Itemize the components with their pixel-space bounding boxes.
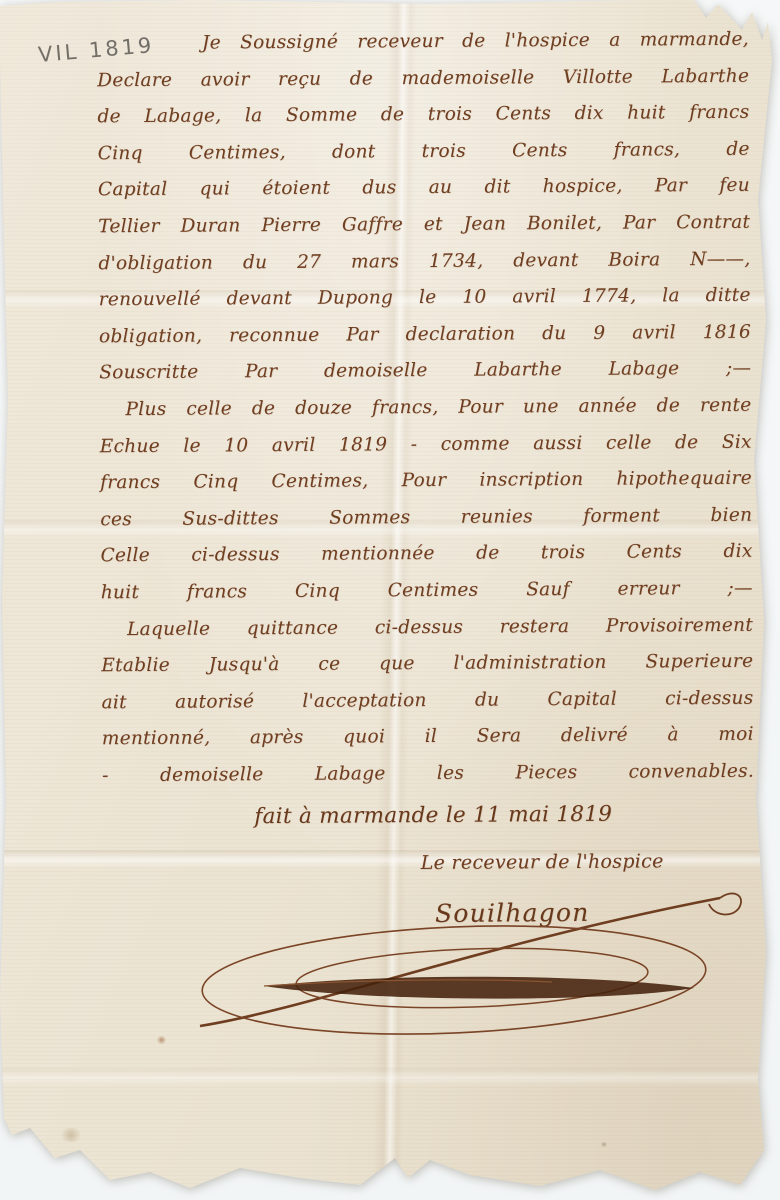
manuscript-line: de Labage, la Somme de trois Cents dix h… [97,95,749,136]
horizontal-fold-crease-4 [0,1068,780,1086]
manuscript-line: mentionné, après quoi il Sera delivré à … [102,717,754,758]
manuscript-line: ces Sus-dittes Sommes reunies forment bi… [100,497,752,538]
manuscript-line: obligation, reconnue Par declaration du … [99,314,751,355]
ink-stain [156,1036,167,1044]
manuscript-line: Celle ci-dessus mentionnée de trois Cent… [100,534,752,575]
manuscript-line: Cinq Centimes, dont trois Cents francs, … [98,132,750,173]
manuscript-line: - demoiselle Labage les Pieces convenabl… [102,754,754,795]
manuscript-line: ait autorisé l'acceptation du Capital ci… [101,680,753,721]
paper-sheet: VIL 1819 Je Soussigné receveur de l'hosp… [0,0,780,1200]
edge-smudge [58,1128,84,1142]
signoff-title: Le receveur de l'hospice [102,833,754,884]
paper-surface: VIL 1819 Je Soussigné receveur de l'hosp… [0,0,780,1200]
manuscript-line: huit francs Cinq Centimes Sauf erreur ;— [101,571,753,612]
signature-name: Souilhagon [103,879,755,934]
manuscript-line: Echue le 10 avril 1819 - comme aussi cel… [100,424,752,465]
scanned-document: VIL 1819 Je Soussigné receveur de l'hosp… [0,0,780,1200]
foxing-spot [600,1142,608,1147]
manuscript-line: Capital qui étoient dus au dit hospice, … [98,168,750,209]
manuscript-line: Souscritte Par demoiselle Labarthe Labag… [99,351,751,392]
manuscript-text: Je Soussigné receveur de l'hospice a mar… [97,22,755,935]
manuscript-line: francs Cinq Centimes, Pour inscription h… [100,461,752,502]
manuscript-line: Plus celle de douze francs, Pour une ann… [99,388,751,429]
manuscript-line: Etablie Jusqu'à ce que l'administration … [101,644,753,685]
manuscript-line: Tellier Duran Pierre Gaffre et Jean Boni… [98,205,750,246]
manuscript-line: Laquelle quittance ci-dessus restera Pro… [101,607,753,648]
dateline: fait à marmande le 11 mai 1819 [102,790,754,837]
manuscript-line: d'obligation du 27 mars 1734, devant Boi… [98,241,750,282]
manuscript-line: Declare avoir reçu de mademoiselle Villo… [97,58,749,99]
manuscript-line: Je Soussigné receveur de l'hospice a mar… [97,22,749,63]
manuscript-line: renouvellé devant Dupong le 10 avril 177… [99,278,751,319]
